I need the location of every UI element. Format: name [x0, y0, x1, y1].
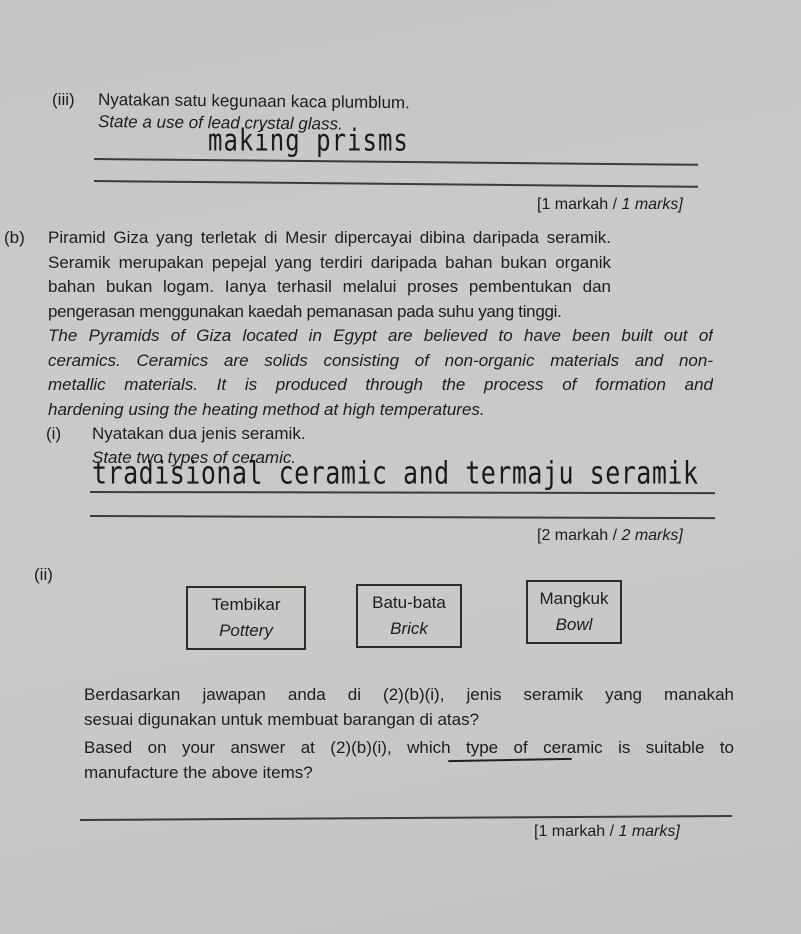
item-name-en: Pottery [188, 618, 304, 644]
text-line: The Pyramids of Giza located in Egypt ar… [48, 324, 713, 349]
marks-en: 2 marks] [621, 527, 682, 544]
exam-page: (iii) Nyatakan satu kegunaan kaca plumbl… [0, 0, 801, 934]
answer-i-handwritten[interactable]: tradisional ceramic and termaju seramik [92, 455, 699, 491]
question-label-i: (i) [46, 422, 61, 446]
question-label-ii: (ii) [34, 563, 53, 587]
text-line: Piramid Giza yang terletak di Mesir dipe… [48, 226, 611, 251]
item-name-ms: Mangkuk [528, 586, 620, 612]
answer-iii-handwritten[interactable]: making prisms [208, 123, 409, 158]
text-line: manufacture the above items? [84, 761, 734, 786]
question-label-b: (b) [4, 226, 25, 250]
text-line: sesuai digunakan untuk membuat barangan … [84, 708, 734, 733]
marks-en: 1 marks] [618, 823, 679, 840]
text-line: bahan bukan logam. Ianya terhasil melalu… [48, 275, 611, 300]
text-line: hardening using the heating method at hi… [48, 398, 713, 423]
question-label-iii: (iii) [52, 88, 75, 112]
marks-ii: [1 markah / 1 marks] [534, 820, 680, 844]
answer-line-i-1 [90, 491, 715, 494]
item-name-en: Bowl [528, 612, 620, 638]
item-name-en: Brick [358, 616, 460, 642]
marks-ms: [1 markah / [537, 196, 621, 213]
item-box-pottery: Tembikar Pottery [186, 586, 306, 650]
question-i-prompt-ms: Nyatakan dua jenis seramik. [92, 422, 306, 446]
text-line: ceramics. Ceramics are solids consisting… [48, 349, 713, 374]
answer-line-iii-1 [94, 158, 698, 166]
question-b-text-ms: Piramid Giza yang terletak di Mesir dipe… [48, 226, 611, 324]
item-box-brick: Batu-bata Brick [356, 584, 462, 648]
marks-en: 1 marks] [621, 196, 682, 213]
text-line: pengerasan menggunakan kaedah pemanasan … [48, 300, 611, 325]
item-name-ms: Tembikar [188, 592, 304, 618]
question-ii-text-en: Based on your answer at (2)(b)(i), which… [84, 736, 734, 785]
marks-i: [2 markah / 2 marks] [537, 524, 683, 548]
item-box-bowl: Mangkuk Bowl [526, 580, 622, 644]
text-line: Berdasarkan jawapan anda di (2)(b)(i), j… [84, 683, 734, 708]
question-b-text-en: The Pyramids of Giza located in Egypt ar… [48, 324, 713, 422]
text-line: Seramik merupakan pepejal yang terdiri d… [48, 251, 611, 276]
item-name-ms: Batu-bata [358, 590, 460, 616]
marks-ms: [1 markah / [534, 823, 618, 840]
text-line: metallic materials. It is produced throu… [48, 373, 713, 398]
marks-iii: [1 markah / 1 marks] [537, 193, 683, 217]
question-ii-text-ms: Berdasarkan jawapan anda di (2)(b)(i), j… [84, 683, 734, 732]
answer-line-i-2 [90, 515, 715, 519]
answer-line-iii-2 [94, 180, 698, 188]
text-line: Based on your answer at (2)(b)(i), which… [84, 736, 734, 761]
marks-ms: [2 markah / [537, 527, 621, 544]
